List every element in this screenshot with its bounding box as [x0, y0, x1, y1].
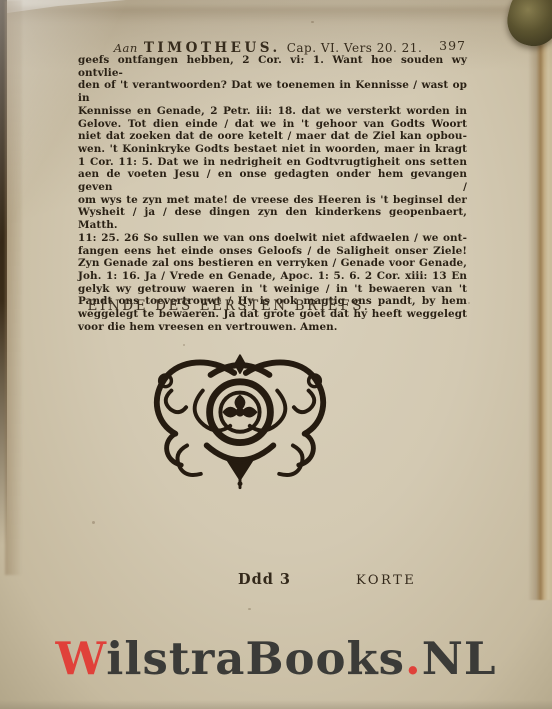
body-text-line: Gelove. Tot dien einde / dat we in 't ge… [78, 118, 467, 131]
body-text-line: wen. 't Koninkryke Godts bestaet niet in… [78, 143, 467, 156]
body-text-line: Wysheit / ja / dese dingen zyn den kinde… [78, 206, 467, 231]
header-chapter-reference: Cap. VI. Vers 20. 21. [287, 41, 423, 55]
photo-bottom-edge [0, 700, 552, 709]
book-page-photo: AanTIMOTHEUS.Cap. VI. Vers 20. 21. 397 g… [0, 0, 552, 709]
body-text-line: niet dat zoeken dat de oore ketelt / mae… [78, 130, 467, 143]
book-clasp [502, 0, 552, 51]
body-text-line: 11: 25. 26 So sullen we van ons doelwit … [78, 232, 467, 245]
body-text-line: Kennisse en Genade, 2 Petr. iii: 18. dat… [78, 105, 467, 118]
header-prefix: Aan [114, 41, 138, 55]
seller-watermark: WilstraBooks.NL [0, 632, 552, 686]
body-text-line: voor die hem vreesen en vertrouwen. Amen… [78, 321, 467, 334]
watermark-tld: NL [422, 632, 497, 685]
body-text: geefs ontfangen hebben, 2 Cor. vi: 1. Wa… [78, 54, 467, 333]
section-end-title: EINDE DES EERSTEN BRIEFS. [0, 298, 458, 314]
gutter-shadow [5, 0, 22, 575]
paper-speck [183, 344, 185, 346]
body-text-line: Zyn Genade zal ons bestieren en verryken… [78, 257, 467, 270]
page-top-crease-shadow [0, 7, 552, 23]
paper-speck [468, 302, 470, 304]
right-fore-edge [528, 0, 552, 600]
body-text-line: aen de voeten Jesu / en onse gedagten on… [78, 168, 467, 193]
body-text-line: Joh. 1: 16. Ja / Vrede en Genade, Apoc. … [78, 270, 467, 283]
paper-speck [248, 608, 251, 610]
watermark-dot: . [405, 632, 422, 685]
paper-speck [311, 21, 314, 23]
body-text-line: 1 Cor. 11: 5. Dat we in nedrigheit en Go… [78, 156, 467, 169]
body-text-line: om wys te zyn met mate! de vreese des He… [78, 194, 467, 207]
catchword: KORTE [356, 573, 416, 588]
body-text-line: geefs ontfangen hebben, 2 Cor. vi: 1. Wa… [78, 54, 467, 79]
body-text-line: gelyk wy getrouw waeren in 't weinige / … [78, 283, 467, 296]
body-text-line: fangen eens het einde onses Geloofs / de… [78, 245, 467, 258]
watermark-name: ilstraBooks [106, 632, 405, 685]
woodcut-tailpiece-ornament [142, 350, 338, 490]
page-number: 397 [439, 38, 466, 53]
paper-speck [92, 521, 95, 524]
body-text-line: den of 't verantwoorden? Dat we toenemen… [78, 79, 467, 104]
watermark-initial: W [56, 632, 107, 685]
signature-mark: Ddd 3 [238, 571, 291, 588]
